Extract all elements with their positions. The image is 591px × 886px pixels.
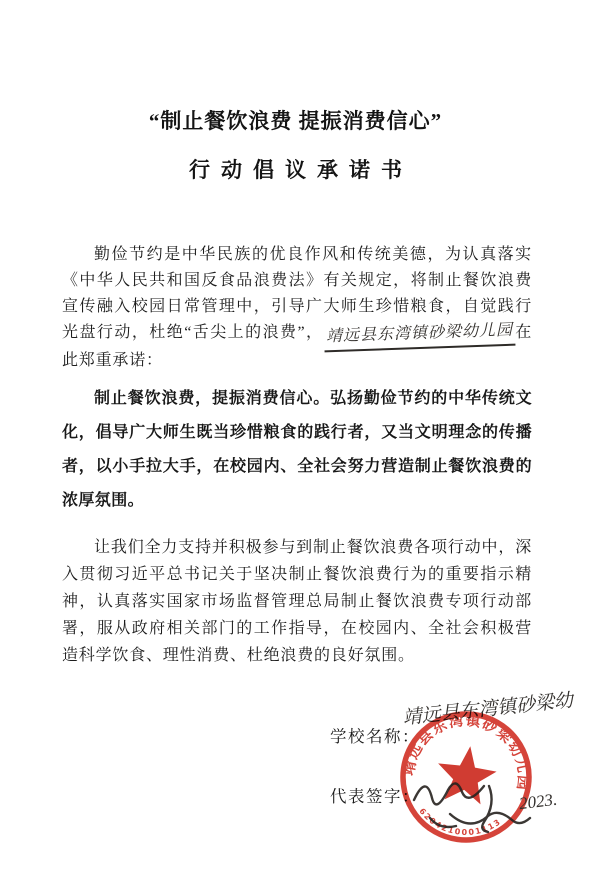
paragraph-pledge: 制止餐饮浪费，提振消费信心。弘扬勤俭节约的中华传统文化，倡导广大师生既当珍惜粮食… [62,382,532,518]
handwritten-signature-icon [392,758,591,853]
scanned-pledge-document: “制止餐饮浪费 提振消费信心” 行动倡议承诺书 勤俭节约是中华民族的优良作风和传… [0,0,591,886]
paragraph-intro: 勤俭节约是中华民族的优良作风和传统美德，为认真落实《中华人民共和国反食品浪费法》… [62,242,532,374]
document-title: “制止餐饮浪费 提振消费信心” [0,106,591,136]
paragraph-action: 让我们全力支持并积极参与到制止餐饮浪费各项行动中，深入贯彻习近平总书记关于坚决制… [62,534,532,669]
document-subtitle: 行动倡议承诺书 [0,155,591,185]
handwritten-school-name-inline: 靖远县东湾镇砂梁幼儿园 [323,318,515,353]
